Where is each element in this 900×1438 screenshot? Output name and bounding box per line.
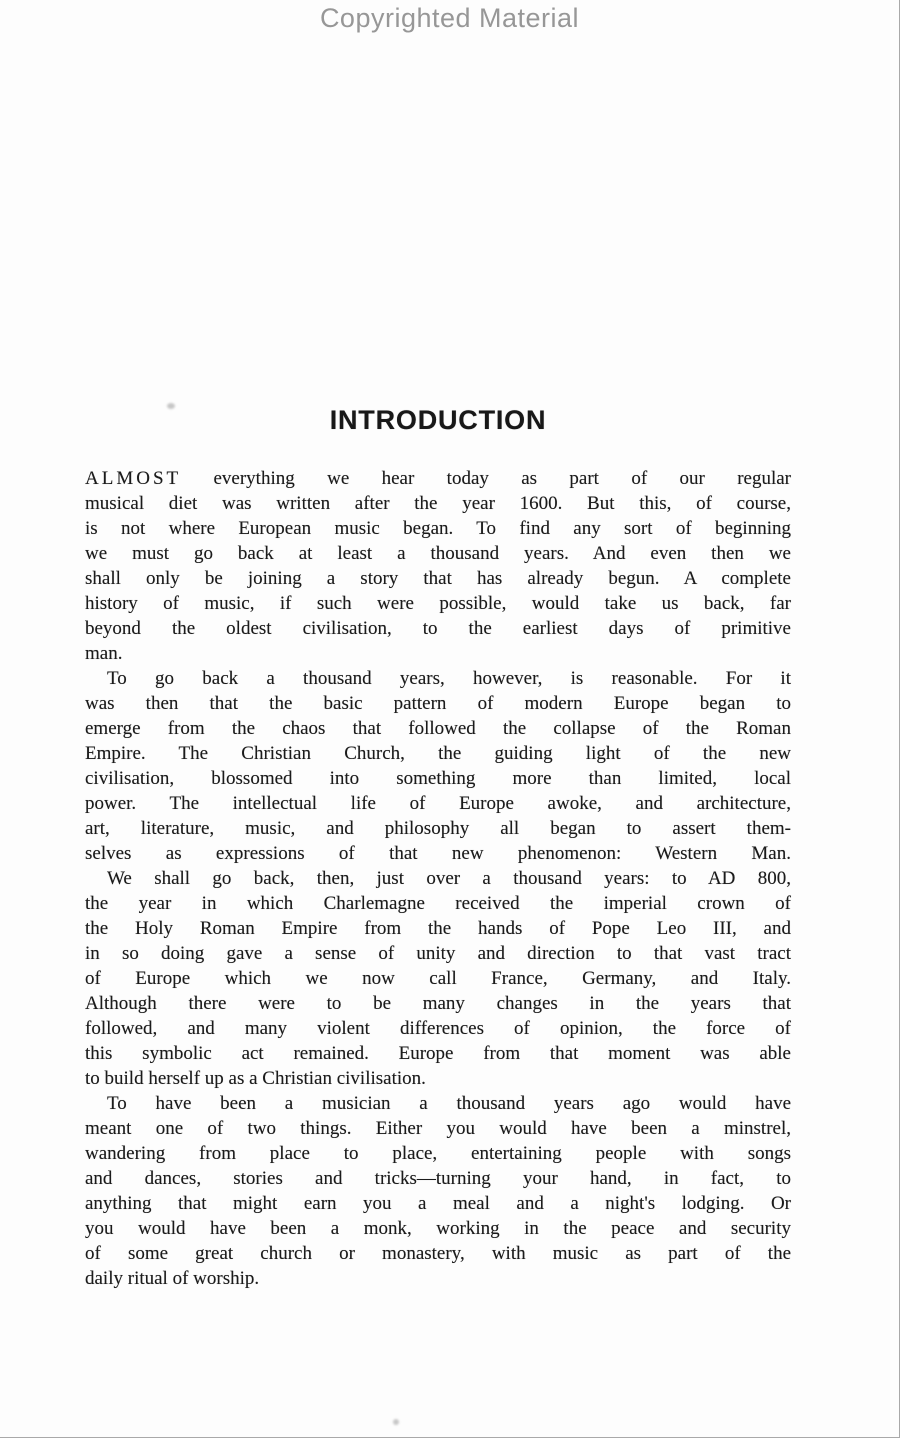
text-line: To have been a musician a thousand years… xyxy=(85,1091,791,1116)
lead-word: ALMOST xyxy=(85,468,181,489)
text-line: was then that the basic pattern of moder… xyxy=(85,691,791,716)
text-line: ALMOST everything we hear today as part … xyxy=(85,466,791,491)
book-page: Copyrighted Material INTRODUCTION ALMOST… xyxy=(0,0,900,1438)
paragraph: ALMOST everything we hear today as part … xyxy=(85,466,791,666)
text-line: the year in which Charlemagne received t… xyxy=(85,891,791,916)
text-line: power. The intellectual life of Europe a… xyxy=(85,791,791,816)
text-line: of Europe which we now call France, Germ… xyxy=(85,966,791,991)
text-line: selves as expressions of that new phenom… xyxy=(85,841,791,866)
text-line: To go back a thousand years, however, is… xyxy=(85,666,791,691)
paragraph: To go back a thousand years, however, is… xyxy=(85,666,791,866)
text-line: Empire. The Christian Church, the guidin… xyxy=(85,741,791,766)
text-line: daily ritual of worship. xyxy=(85,1266,791,1291)
text-line: this symbolic act remained. Europe from … xyxy=(85,1041,791,1066)
text-line: wandering from place to place, entertain… xyxy=(85,1141,791,1166)
text-line: in so doing gave a sense of unity and di… xyxy=(85,941,791,966)
text-line: shall only be joining a story that has a… xyxy=(85,566,791,591)
text-line: musical diet was written after the year … xyxy=(85,491,791,516)
chapter-heading: INTRODUCTION xyxy=(85,405,791,436)
text-line: man. xyxy=(85,641,791,666)
text-line: of some great church or monastery, with … xyxy=(85,1241,791,1266)
copyright-watermark: Copyrighted Material xyxy=(0,3,899,34)
text-line: the Holy Roman Empire from the hands of … xyxy=(85,916,791,941)
text-line: followed, and many violent differences o… xyxy=(85,1016,791,1041)
text-line: is not where European music began. To fi… xyxy=(85,516,791,541)
text-line: civilisation, blossomed into something m… xyxy=(85,766,791,791)
text-line: we must go back at least a thousand year… xyxy=(85,541,791,566)
text-line: and dances, stories and tricks—turning y… xyxy=(85,1166,791,1191)
text-line: We shall go back, then, just over a thou… xyxy=(85,866,791,891)
text-line: you would have been a monk, working in t… xyxy=(85,1216,791,1241)
scan-speck xyxy=(393,1419,399,1425)
text-line: beyond the oldest civilisation, to the e… xyxy=(85,616,791,641)
text-line: emerge from the chaos that followed the … xyxy=(85,716,791,741)
text-line: meant one of two things. Either you woul… xyxy=(85,1116,791,1141)
body-text: ALMOST everything we hear today as part … xyxy=(85,466,791,1291)
text-line: Although there were to be many changes i… xyxy=(85,991,791,1016)
paragraph: To have been a musician a thousand years… xyxy=(85,1091,791,1291)
text-line: history of music, if such were possible,… xyxy=(85,591,791,616)
text-line: anything that might earn you a meal and … xyxy=(85,1191,791,1216)
paragraph: We shall go back, then, just over a thou… xyxy=(85,866,791,1091)
text-line: art, literature, music, and philosophy a… xyxy=(85,816,791,841)
text-line: to build herself up as a Christian civil… xyxy=(85,1066,791,1091)
